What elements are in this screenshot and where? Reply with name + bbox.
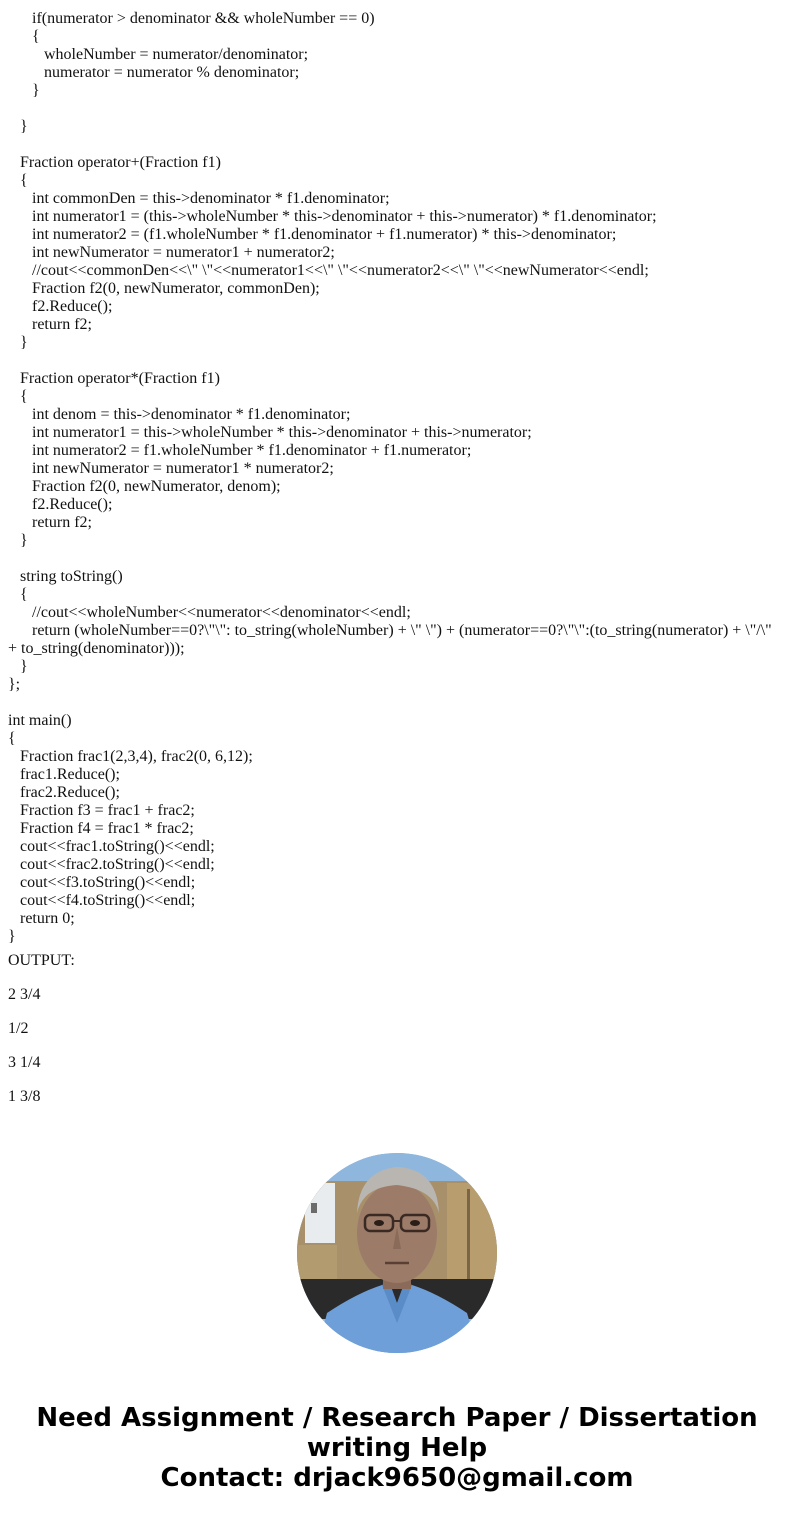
code-line: { [8,388,788,406]
code-line: return 0; [8,910,788,928]
code-line: f2.Reduce(); [8,496,788,514]
promo-contact: Contact: drjack9650@gmail.com [0,1463,794,1493]
code-line: cout<<frac1.toString()<<endl; [8,838,788,856]
code-line: int denom = this->denominator * f1.denom… [8,406,788,424]
output-line: 3 1/4 [8,1054,75,1088]
code-line: numerator = numerator % denominator; [8,64,788,82]
code-line: return (wholeNumber==0?\"\": to_string(w… [8,622,788,640]
promo-line-2: writing Help [0,1433,794,1463]
code-line: { [8,28,788,46]
code-line: return f2; [8,514,788,532]
code-line: int numerator1 = this->wholeNumber * thi… [8,424,788,442]
code-line: Fraction f2(0, newNumerator, commonDen); [8,280,788,298]
code-line [8,352,788,370]
code-line: Fraction operator+(Fraction f1) [8,154,788,172]
output-heading: OUTPUT: [8,952,75,986]
code-listing: if(numerator > denominator && wholeNumbe… [8,10,788,946]
code-line: string toString() [8,568,788,586]
code-line: wholeNumber = numerator/denominator; [8,46,788,64]
code-line: Fraction f2(0, newNumerator, denom); [8,478,788,496]
code-line: f2.Reduce(); [8,298,788,316]
code-line: { [8,172,788,190]
code-line: cout<<f4.toString()<<endl; [8,892,788,910]
code-line: } [8,658,788,676]
code-line: //cout<<wholeNumber<<numerator<<denomina… [8,604,788,622]
code-line: } [8,82,788,100]
code-line: cout<<f3.toString()<<endl; [8,874,788,892]
output-line: 2 3/4 [8,986,75,1020]
code-line: + to_string(denominator))); [8,640,788,658]
code-line: int numerator2 = f1.wholeNumber * f1.den… [8,442,788,460]
code-line: if(numerator > denominator && wholeNumbe… [8,10,788,28]
code-line: int newNumerator = numerator1 * numerato… [8,460,788,478]
output-line: 1 3/8 [8,1088,75,1122]
code-line: frac1.Reduce(); [8,766,788,784]
code-line: int numerator1 = (this->wholeNumber * th… [8,208,788,226]
code-line: Fraction frac1(2,3,4), frac2(0, 6,12); [8,748,788,766]
code-line: } [8,928,788,946]
promo-line-1: Need Assignment / Research Paper / Disse… [0,1403,794,1433]
code-line [8,100,788,118]
code-line: cout<<frac2.toString()<<endl; [8,856,788,874]
code-line: Fraction operator*(Fraction f1) [8,370,788,388]
code-line: return f2; [8,316,788,334]
code-line: { [8,586,788,604]
code-line: int main() [8,712,788,730]
code-line: } [8,118,788,136]
code-line: } [8,334,788,352]
code-line: int commonDen = this->denominator * f1.d… [8,190,788,208]
code-line [8,550,788,568]
code-line [8,694,788,712]
code-line: } [8,532,788,550]
program-output: OUTPUT: 2 3/4 1/2 3 1/4 1 3/8 [8,952,75,1122]
promo-banner: Need Assignment / Research Paper / Disse… [0,1403,794,1493]
code-line [8,136,788,154]
code-line: }; [8,676,788,694]
author-photo-icon [297,1153,497,1353]
code-line: { [8,730,788,748]
code-line: //cout<<commonDen<<\" \"<<numerator1<<\"… [8,262,788,280]
code-line: Fraction f3 = frac1 + frac2; [8,802,788,820]
code-line: Fraction f4 = frac1 * frac2; [8,820,788,838]
code-line: frac2.Reduce(); [8,784,788,802]
code-line: int newNumerator = numerator1 + numerato… [8,244,788,262]
output-line: 1/2 [8,1020,75,1054]
code-line: int numerator2 = (f1.wholeNumber * f1.de… [8,226,788,244]
